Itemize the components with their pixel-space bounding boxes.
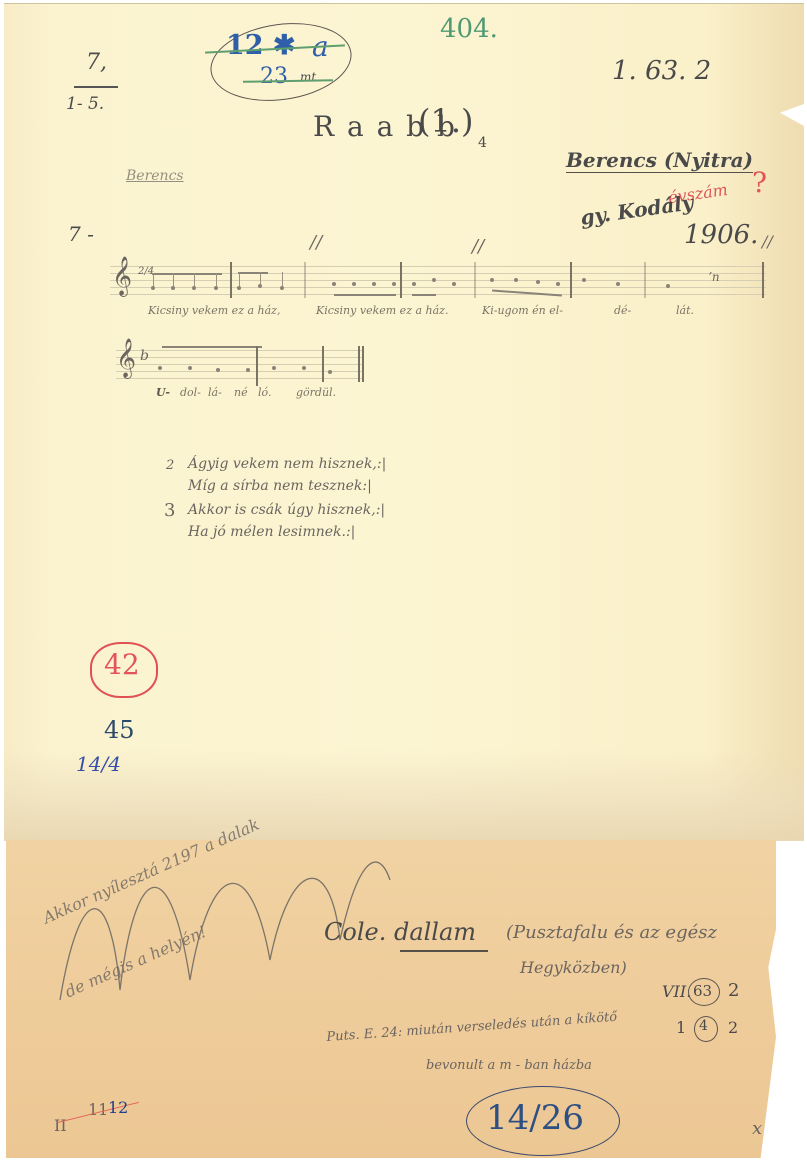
tune-label: Cole. dallam (324, 918, 476, 946)
paper-tear (780, 104, 804, 126)
verse-2-line2: Míg a sírba nem tesznek:| (188, 478, 372, 494)
music-staff-1: 𝄞 2/4 ʼn (110, 262, 766, 298)
breath-mark-3: // (762, 232, 773, 251)
lyric-line2-d: né (234, 386, 248, 399)
top-left-ref-numerator: 7, (86, 50, 107, 75)
left-place-note: Berencs (126, 168, 184, 184)
rest-icon: ʼn (708, 270, 720, 284)
verse-3-line2: Ha jó mélen lesimnek.:| (188, 524, 355, 540)
catalog-line1: 12 ✱ (226, 30, 296, 61)
lyric-line1-a: Kicsiny vekem ez a ház, (148, 304, 280, 317)
ref2-circled: 4 (699, 1018, 708, 1034)
tune-paren-line1: (Pusztafalu és az egész (506, 922, 717, 943)
green-catalog-number: 404. (440, 14, 498, 44)
blue-number: 45 (104, 716, 135, 744)
music-staff-2: 𝄞 b (116, 346, 364, 382)
treble-clef-icon: 𝄞 (116, 338, 136, 378)
verse-3-number: 3 (164, 500, 175, 521)
lyric-line1-b: Kicsiny vekem ez a ház. (316, 304, 448, 317)
year-question-mark: ? (752, 166, 767, 199)
catalog-line2-suffix: mt (300, 70, 316, 84)
fraction-bar (74, 86, 118, 88)
ref1-circled: 63 (693, 982, 712, 1000)
treble-clef-icon: 𝄞 (112, 256, 132, 296)
lyric-line1-e: lát. (676, 304, 694, 317)
lyric-line2-f: gördül. (296, 386, 336, 399)
lyric-line1-d: dé- (614, 304, 631, 317)
tune-paren-line2: Hegyközben) (520, 958, 627, 977)
breath-mark-2: // (472, 236, 484, 257)
ref1-prefix: VII. (662, 982, 691, 1001)
ref1-suffix: 2 (728, 980, 739, 1001)
ref2-prefix: 1 (676, 1018, 686, 1037)
lyric-line1-c: Ki-ugom én el- (482, 304, 563, 317)
catalog-reference: 1. 63. 2 (612, 56, 711, 86)
tune-underline (400, 950, 488, 952)
verse-2-number: 2 (166, 458, 174, 473)
song-title-subscript: 4 (478, 135, 487, 151)
red-circled-number: 42 (104, 648, 140, 681)
top-left-ref-denominator: 1- 5. (66, 94, 104, 114)
lyric-line2-e: ló. (258, 386, 271, 399)
blue-reference: 14/4 (76, 752, 121, 776)
key-signature: b (140, 348, 149, 364)
lyric-line2-c: lá- (208, 386, 222, 399)
puts-note-line2: bevonult a m - ban házba (426, 1058, 592, 1073)
bottom-circled-ref: 14/26 (486, 1098, 584, 1138)
catalog-line2: 23 (260, 64, 288, 89)
breath-mark-1: // (310, 232, 322, 253)
ref2-suffix: 2 (728, 1018, 738, 1037)
verse-2-line1: Ágyig vekem nem hisznek,:| (188, 456, 386, 472)
lyric-line2-a: U- (156, 386, 170, 399)
song-title-suffix: (1.) (418, 102, 474, 140)
verse-3-line1: Akkor is csák úgy hisznek,:| (188, 502, 385, 518)
location: Berencs (Nyitra) (566, 148, 753, 173)
lyric-line2-b: dol- (180, 386, 201, 399)
bottom-left-ref-roman: II (54, 1116, 67, 1135)
corner-mark: x (752, 1118, 762, 1139)
bottom-left-ref-blue: 12 (108, 1098, 128, 1117)
time-signature: 2/4 (138, 266, 154, 277)
section-mark: 7 - (68, 222, 94, 246)
year: 1906. (684, 220, 758, 250)
